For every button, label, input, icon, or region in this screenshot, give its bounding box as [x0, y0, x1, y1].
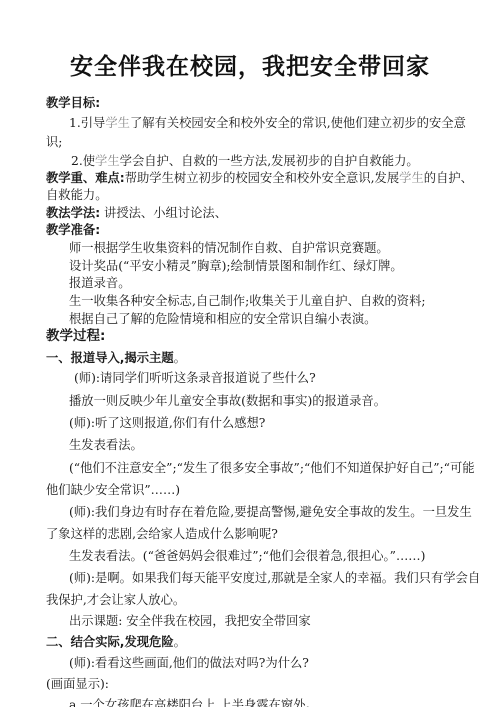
key-points-text-end: 的自护、 — [424, 171, 473, 185]
preparation-line: 师一根据学生收集资料的情况制作自救、自护常识竞赛题。 — [69, 240, 389, 256]
objective-item-2: 2.使学生学会自护、自救的一些方法,发展初步的自护自救能力。 — [71, 153, 419, 169]
key-points-text: 帮助学生树立初步的校园安全和校外安全意识,发展 — [125, 171, 399, 185]
process-line: (师):看看这些画面,他们的做法对吗?为什么? — [69, 655, 309, 671]
process-line: (师):我们身边有时存在着危险,要提高警惕,避免安全事故的发生。一旦发生 — [69, 504, 472, 520]
preparation-line: 报道录音。 — [69, 275, 131, 291]
preparation-heading: 教学准备: — [46, 222, 100, 238]
objective-item-1-cont: 识; — [46, 134, 62, 150]
document-page: 安全伴我在校园，我把安全带回家 教学目标: 1.引导学生了解有关校园安全和校外安… — [0, 0, 500, 707]
section-2-suffix: 。 — [174, 635, 186, 649]
process-line: (师):请同学们听听这条录音报道说了些什么? — [74, 370, 316, 386]
objective-1-text: 了解有关校园安全和校外安全的常识,使他们建立初步的安全意 — [130, 116, 466, 130]
process-line: 生发表看法。(“爸爸妈妈会很难过”;“他们会很着急,很担心。”……) — [69, 548, 425, 564]
objective-2-text: 学会自护、自救的一些方法,发展初步的自护自救能力。 — [120, 154, 419, 168]
objectives-heading: 教学目标: — [46, 95, 100, 111]
process-line: (师):是啊。如果我们每天能平安度过,那就是全家人的幸福。我们只有学会自 — [69, 570, 480, 586]
students-link[interactable]: 学生 — [399, 171, 424, 185]
process-line: 生发表看法。 — [69, 437, 143, 453]
methods-text: 讲授法、小组讨论法、 — [100, 206, 227, 220]
key-points-cont: 自救能力。 — [46, 187, 108, 203]
methods-heading: 教法学法: — [46, 206, 100, 220]
objective-1-prefix: 1.引导 — [69, 116, 105, 130]
objective-2-prefix: 2.使 — [71, 154, 95, 168]
process-line: 播放一则反映少年儿童安全事故(数据和事实)的报道录音。 — [69, 393, 386, 409]
process-line: (师):听了这则报道,你们有什么感想? — [69, 415, 265, 431]
process-line: 他们缺少安全常识”……) — [46, 482, 180, 498]
preparation-line: 设计奖品(“平安小精灵”胸章);绘制情景图和制作红、绿灯牌。 — [69, 258, 403, 274]
process-line: 我保护,才会让家人放心。 — [46, 592, 185, 608]
process-heading: 教学过程: — [46, 328, 105, 344]
students-link[interactable]: 学生 — [95, 154, 120, 168]
process-line: (画面显示): — [46, 676, 109, 692]
section-2-title: 二、结合实际,发现危险 — [46, 635, 174, 649]
process-line: 出示课题: 安全伴我在校园，我把安全带回家 — [69, 613, 311, 629]
section-1-heading: 一、报道导入,揭示主题。 — [46, 350, 186, 366]
students-link[interactable]: 学生 — [105, 116, 130, 130]
methods: 教法学法: 讲授法、小组讨论法、 — [46, 205, 227, 221]
preparation-line: 根据自己了解的危险情境和相应的安全常识自编小表演。 — [69, 311, 376, 327]
objective-item-1: 1.引导学生了解有关校园安全和校外安全的常识,使他们建立初步的安全意 — [69, 115, 466, 131]
section-1-suffix: 。 — [174, 351, 186, 365]
section-1-title: 一、报道导入,揭示主题 — [46, 351, 174, 365]
document-title: 安全伴我在校园，我把安全带回家 — [0, 48, 500, 81]
key-points: 教学重、难点:帮助学生树立初步的校园安全和校外安全意识,发展学生的自护、 — [46, 170, 473, 186]
process-line: a 一个女孩爬在高楼阳台上,上半身露在窗外。 — [69, 697, 318, 707]
process-line: 了象这样的悲剧,会给家人造成什么影响呢? — [46, 526, 278, 542]
process-line: (“他们不注意安全”;“发生了很多安全事故”;“他们不知道保护好自己”;“可能 — [69, 460, 475, 476]
section-2-heading: 二、结合实际,发现危险。 — [46, 634, 186, 650]
key-points-heading: 教学重、难点: — [46, 171, 125, 185]
preparation-line: 生一收集各种安全标志,自己制作;收集关于儿童自护、自救的资料; — [69, 293, 426, 309]
